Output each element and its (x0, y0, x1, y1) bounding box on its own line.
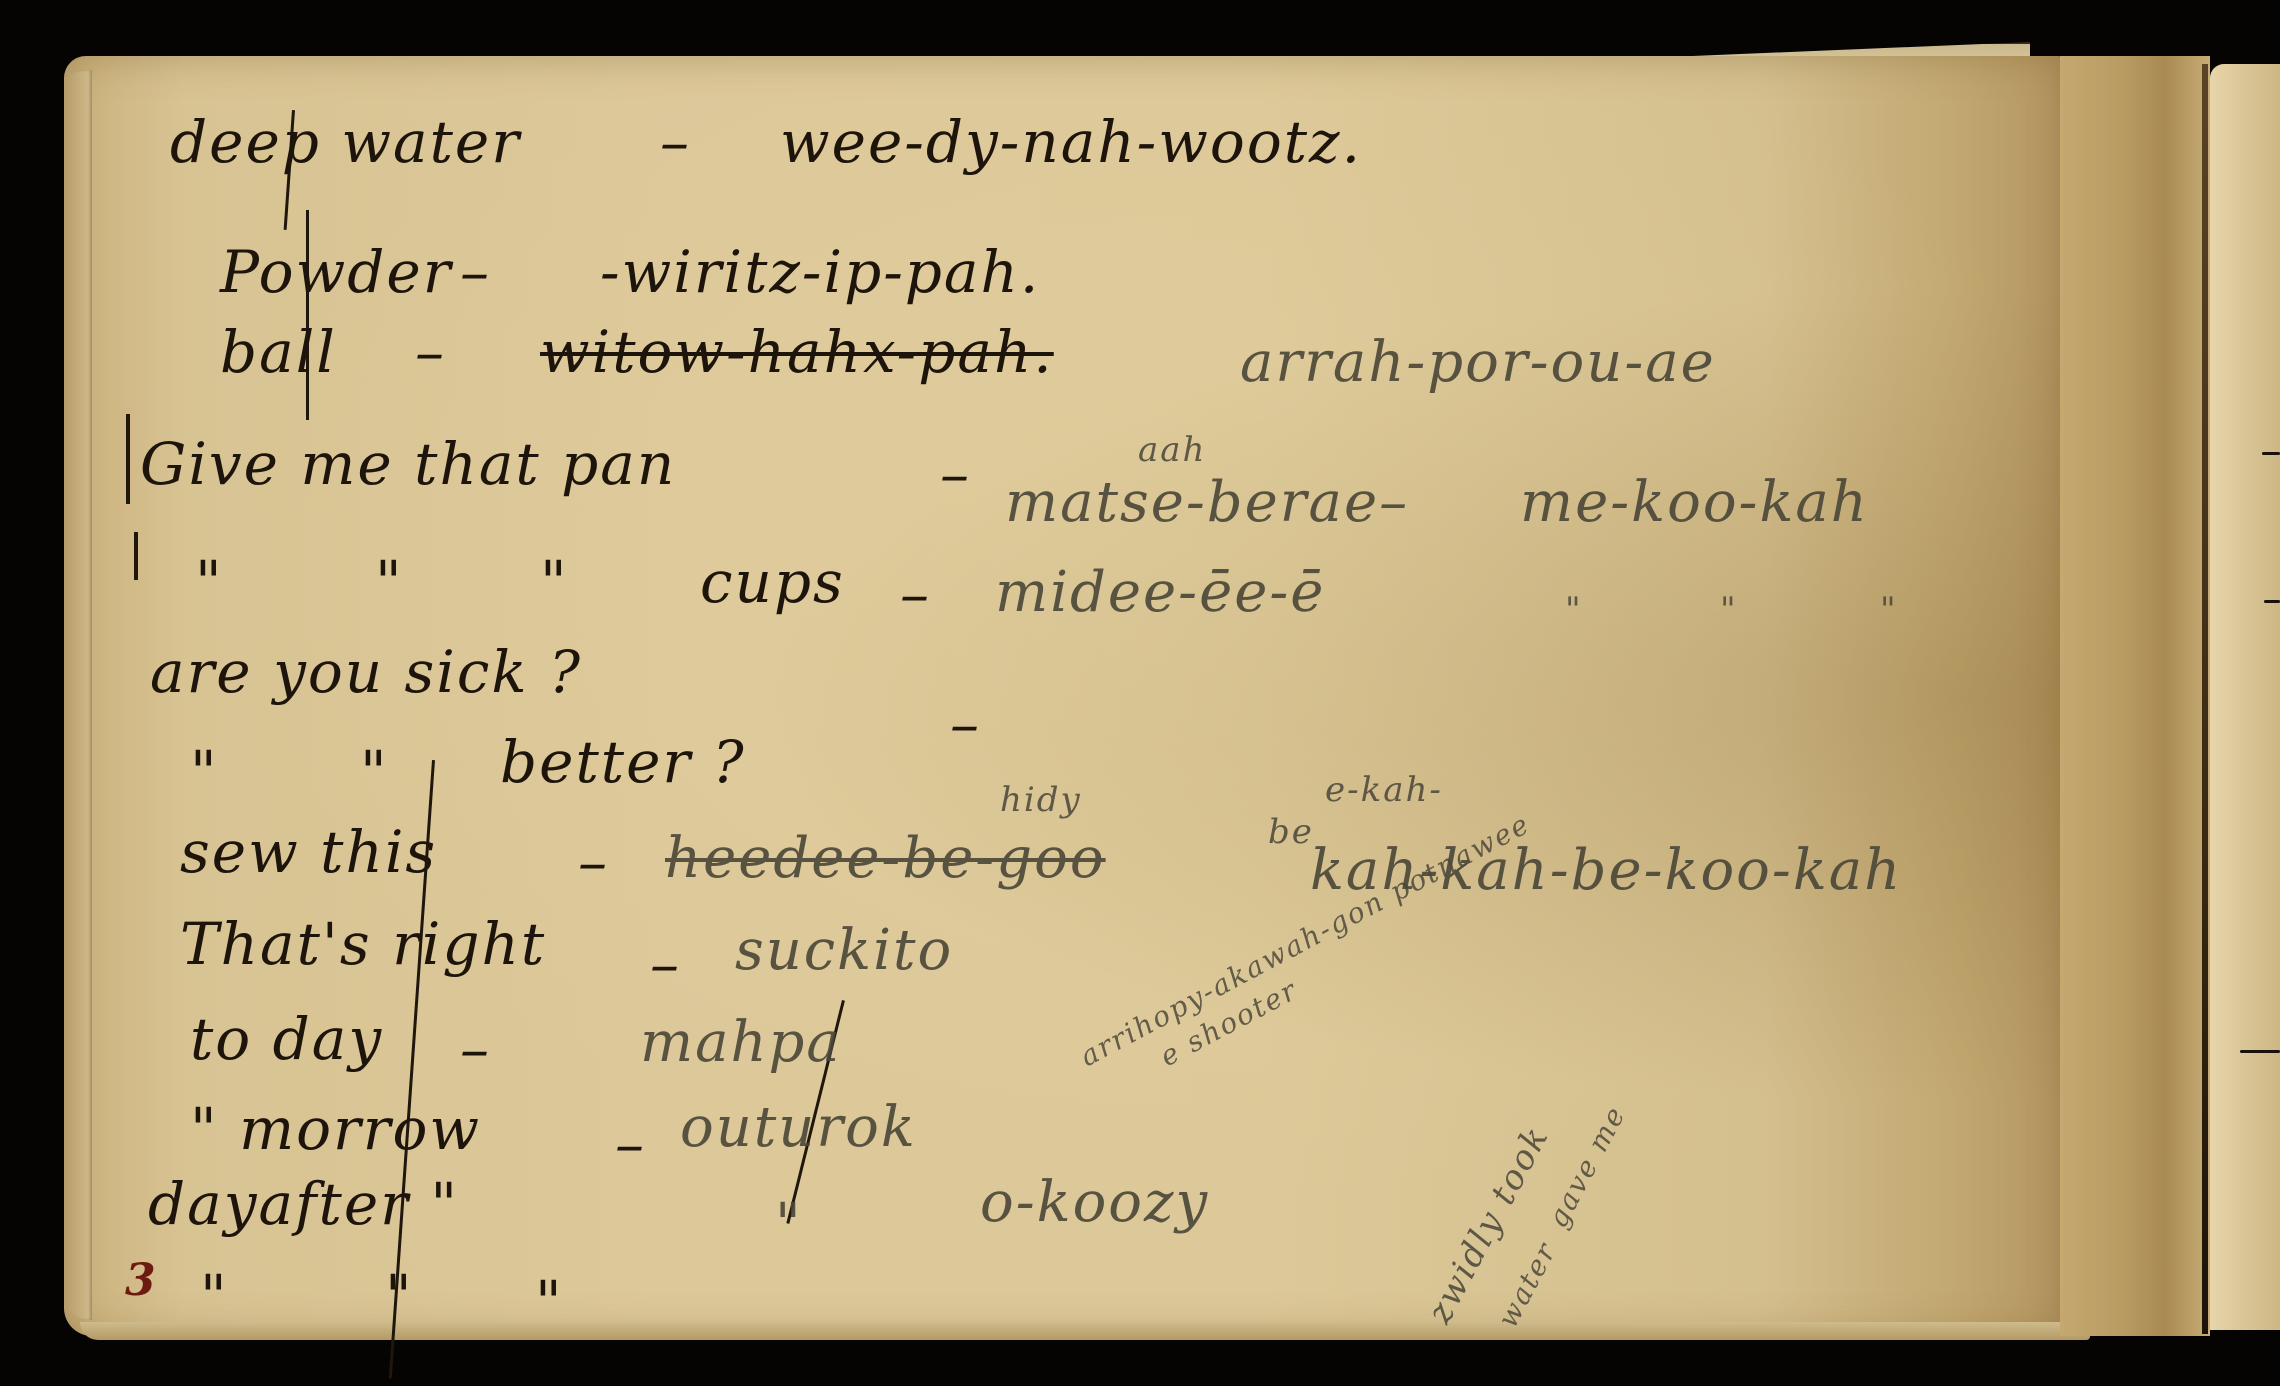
entry-native: -wiritz-ip-pah. (600, 238, 1040, 306)
ditto-mark: " (200, 1262, 229, 1330)
entry-native-superscript: hidy (1000, 780, 1082, 820)
entry-native-superscript-2: be (1268, 812, 1314, 852)
entry-english: Powder (220, 238, 452, 306)
entry-english: ball (220, 318, 337, 386)
entry-separator: – (950, 690, 981, 758)
entry-english: That's right (180, 910, 546, 978)
ditto-mark: " (195, 548, 224, 616)
entry-separator: – (460, 238, 491, 306)
page-bottom-edge (80, 1322, 2090, 1340)
entry-separator: – (660, 108, 691, 176)
entry-separator: – (615, 1110, 646, 1178)
facing-page (2210, 64, 2280, 1330)
red-ink-number: 3 (125, 1255, 158, 1306)
ditto-mark: " (1720, 590, 1738, 630)
entry-english: to day (190, 1005, 383, 1073)
entry-native: midee-ēe-ē (995, 560, 1325, 625)
entry-native-alt: arrah-por-ou-ae (1240, 330, 1716, 395)
entry-separator: – (650, 930, 681, 998)
facing-page-mark (2264, 600, 2280, 603)
ditto-mark: " (540, 548, 569, 616)
entry-native-above: e-kah- (1325, 770, 1443, 810)
entry-separator: – (460, 1015, 491, 1083)
ditto-mark: " (190, 738, 219, 806)
ditto-mark: " (375, 548, 404, 616)
entry-separator: – (415, 318, 446, 386)
margin-bracket (134, 532, 138, 580)
entry-native: o-koozy (980, 1170, 1209, 1235)
entry-english: deep water (170, 108, 521, 176)
book-spine (2202, 64, 2208, 1334)
margin-bracket (126, 414, 130, 504)
entry-separator: – (940, 440, 971, 508)
entry-native-struck: heedee-be-goo (665, 826, 1106, 891)
entry-english: cups (700, 548, 845, 616)
entry-native-struck: witow-hahx-pah. (540, 318, 1054, 386)
page-left-edge (64, 70, 92, 1320)
entry-english: better ? (500, 728, 746, 796)
ditto-mark: " (1565, 590, 1583, 630)
ditto-mark: " (385, 1262, 414, 1330)
entry-english: sew this (180, 818, 437, 886)
ditto-mark: " (775, 1192, 803, 1257)
entry-separator: – (578, 828, 609, 896)
entry-separator: – (900, 560, 931, 628)
entry-english: dayafter " (148, 1170, 459, 1238)
entry-english: Give me that pan (140, 430, 676, 498)
entry-english: " morrow (190, 1095, 481, 1163)
ditto-mark: " (535, 1268, 564, 1336)
ditto-mark: " (360, 738, 389, 806)
facing-page-mark (2240, 1050, 2280, 1053)
entry-english: are you sick ? (150, 638, 582, 706)
entry-native: wee-dy-nah-wootz. (780, 108, 1362, 176)
entry-native-superscript: aah (1138, 430, 1206, 470)
gutter (2060, 56, 2210, 1336)
entry-native: matse-berae– (1005, 470, 1409, 535)
entry-native: mahpa (640, 1010, 842, 1075)
entry-native: suckito (735, 918, 953, 983)
facing-page-mark (2262, 452, 2280, 455)
entry-native-extra: me-koo-kah (1520, 470, 1869, 535)
ditto-mark: " (1880, 590, 1898, 630)
entry-native: outurok (680, 1095, 917, 1160)
